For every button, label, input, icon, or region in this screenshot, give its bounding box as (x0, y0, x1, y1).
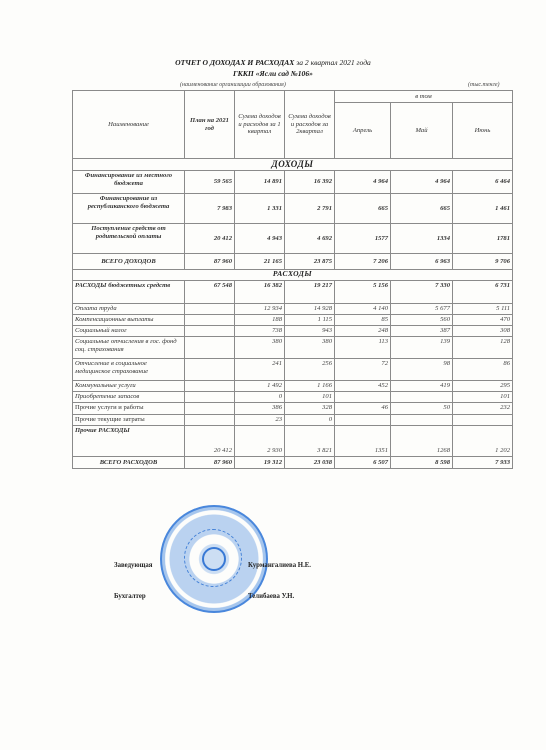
cell-q1: 188 (235, 315, 285, 326)
cell-plan (185, 304, 235, 315)
cell-q2: 16 392 (285, 171, 335, 194)
section-header-row: ДОХОДЫ (73, 159, 513, 171)
cell-plan (185, 403, 235, 415)
cell-may: 419 (391, 381, 453, 392)
cell-q1: 0 (235, 392, 285, 403)
cell-may: 6 963 (391, 254, 453, 270)
table-row: РАСХОДЫ бюджетных средств67 54816 38219 … (73, 281, 513, 304)
cell-plan: 20 412 (185, 224, 235, 254)
cell-may: 4 964 (391, 171, 453, 194)
cell-june: 9 706 (453, 254, 513, 270)
cell-q2: 1 115 (285, 315, 335, 326)
cell-may: 387 (391, 326, 453, 337)
col-header-april: Апрель (335, 103, 391, 159)
table-row: Коммунальные услуги1 4921 166452419295 (73, 381, 513, 392)
cell-plan: 59 565 (185, 171, 235, 194)
table-row: Прочие текущие затраты230 (73, 415, 513, 426)
cell-may: 5 677 (391, 304, 453, 315)
cell-may: 139 (391, 337, 453, 359)
cell-plan (185, 326, 235, 337)
cell-april: 665 (335, 194, 391, 224)
col-header-may: Май (391, 103, 453, 159)
cell-june: 101 (453, 392, 513, 403)
cell-may: 8 598 (391, 457, 453, 469)
cell-may: 560 (391, 315, 453, 326)
cell-may: 1268 (391, 426, 453, 457)
row-name: ВСЕГО РАСХОДОВ (73, 457, 185, 469)
total-row: ВСЕГО РАСХОДОВ87 96019 31223 0386 5078 5… (73, 457, 513, 469)
cell-plan: 67 548 (185, 281, 235, 304)
cell-q2: 256 (285, 359, 335, 381)
cell-june: 6 464 (453, 171, 513, 194)
cell-april: 6 507 (335, 457, 391, 469)
total-row: ВСЕГО ДОХОДОВ87 96021 16523 8757 2066 96… (73, 254, 513, 270)
accountant-title: Бухгалтер (114, 593, 146, 600)
head-name: Курмангалиева Н.Е. (248, 562, 311, 569)
cell-plan: 20 412 (185, 426, 235, 457)
cell-q1: 386 (235, 403, 285, 415)
cell-q2: 101 (285, 392, 335, 403)
cell-june: 470 (453, 315, 513, 326)
cell-may: 7 330 (391, 281, 453, 304)
col-header-plan: План на 2021 год (185, 91, 235, 159)
cell-june: 7 933 (453, 457, 513, 469)
cell-q2: 23 038 (285, 457, 335, 469)
cell-plan (185, 315, 235, 326)
report-title: ОТЧЕТ О ДОХОДАХ И РАСХОДАХ за 2 квартал … (0, 58, 546, 67)
col-header-including: в том (335, 91, 513, 103)
col-header-june: Июнь (453, 103, 513, 159)
section-label: ДОХОДЫ (73, 159, 513, 171)
table-row: Оплата труда12 93414 9284 1405 6775 111 (73, 304, 513, 315)
cell-april: 452 (335, 381, 391, 392)
table-row: Приобретение запасов0101101 (73, 392, 513, 403)
report-table: Наименование План на 2021 год Сумма дохо… (72, 90, 513, 469)
cell-june: 5 111 (453, 304, 513, 315)
head-title: Заведующая (114, 562, 152, 569)
table-row: Социальный налог738943248387308 (73, 326, 513, 337)
cell-plan: 7 983 (185, 194, 235, 224)
cell-june: 295 (453, 381, 513, 392)
row-name: Отчисление в социальное медицинское стра… (73, 359, 185, 381)
table-row: Финансирование из республиканского бюдже… (73, 194, 513, 224)
cell-q1: 19 312 (235, 457, 285, 469)
cell-april: 1351 (335, 426, 391, 457)
cell-q1: 1 492 (235, 381, 285, 392)
cell-plan (185, 415, 235, 426)
cell-june: 308 (453, 326, 513, 337)
units-caption: (тыс.тенге) (468, 82, 500, 88)
row-name: Компенсационные выплаты (73, 315, 185, 326)
report-title-period: за 2 квартал 2021 года (294, 58, 371, 67)
row-name: РАСХОДЫ бюджетных средств (73, 281, 185, 304)
cell-q2: 328 (285, 403, 335, 415)
section-label: РАСХОДЫ (73, 270, 513, 281)
table-row: Прочие услуги и работы3863284650232 (73, 403, 513, 415)
cell-april: 7 206 (335, 254, 391, 270)
cell-may: 1334 (391, 224, 453, 254)
row-name: ВСЕГО ДОХОДОВ (73, 254, 185, 270)
cell-april: 46 (335, 403, 391, 415)
cell-q1: 4 943 (235, 224, 285, 254)
cell-q2: 19 217 (285, 281, 335, 304)
cell-q1: 16 382 (235, 281, 285, 304)
cell-april: 85 (335, 315, 391, 326)
col-header-name: Наименование (73, 91, 185, 159)
cell-q2: 23 875 (285, 254, 335, 270)
accountant-name: Телибаева У.Н. (248, 593, 294, 600)
stamp-emblem-icon (202, 547, 226, 571)
row-name: Поступление средств от родительской опла… (73, 224, 185, 254)
row-name: Финансирование из республиканского бюдже… (73, 194, 185, 224)
cell-april: 72 (335, 359, 391, 381)
cell-june (453, 415, 513, 426)
table-row: Поступление средств от родительской опла… (73, 224, 513, 254)
cell-q2: 943 (285, 326, 335, 337)
cell-june: 1 461 (453, 194, 513, 224)
section-header-row: РАСХОДЫ (73, 270, 513, 281)
cell-q1: 1 331 (235, 194, 285, 224)
cell-april (335, 415, 391, 426)
table-row: Финансирование из местного бюджета59 565… (73, 171, 513, 194)
row-name: Приобретение запасов (73, 392, 185, 403)
cell-q1: 12 934 (235, 304, 285, 315)
cell-june: 86 (453, 359, 513, 381)
table-row: Отчисление в социальное медицинское стра… (73, 359, 513, 381)
organization-caption: (наименование организации образования) (180, 82, 286, 88)
cell-plan: 87 960 (185, 254, 235, 270)
cell-q2: 2 791 (285, 194, 335, 224)
cell-q2: 4 692 (285, 224, 335, 254)
report-title-main: ОТЧЕТ О ДОХОДАХ И РАСХОДАХ (175, 58, 294, 67)
cell-may: 50 (391, 403, 453, 415)
cell-q2: 380 (285, 337, 335, 359)
cell-may: 98 (391, 359, 453, 381)
cell-q1: 21 165 (235, 254, 285, 270)
cell-june: 1781 (453, 224, 513, 254)
cell-april: 4 140 (335, 304, 391, 315)
cell-q2: 1 166 (285, 381, 335, 392)
cell-plan (185, 359, 235, 381)
col-header-q2: Сумма доходов и расходов за 2квартал (285, 91, 335, 159)
cell-april (335, 392, 391, 403)
cell-june: 128 (453, 337, 513, 359)
row-name: Прочие услуги и работы (73, 403, 185, 415)
cell-june: 1 202 (453, 426, 513, 457)
cell-q1: 23 (235, 415, 285, 426)
cell-q1: 380 (235, 337, 285, 359)
cell-june: 232 (453, 403, 513, 415)
cell-q1: 241 (235, 359, 285, 381)
cell-april: 1577 (335, 224, 391, 254)
cell-april: 4 964 (335, 171, 391, 194)
cell-may (391, 415, 453, 426)
row-name: Прочие текущие затраты (73, 415, 185, 426)
row-name: Социальные отчисления в гос. фонд соц. с… (73, 337, 185, 359)
cell-q2: 3 821 (285, 426, 335, 457)
row-name: Коммунальные услуги (73, 381, 185, 392)
table-row: Прочие РАСХОДЫ20 4122 9303 821135112681 … (73, 426, 513, 457)
row-name: Социальный налог (73, 326, 185, 337)
cell-plan (185, 381, 235, 392)
row-name: Финансирование из местного бюджета (73, 171, 185, 194)
cell-q1: 2 930 (235, 426, 285, 457)
cell-plan (185, 392, 235, 403)
cell-may: 665 (391, 194, 453, 224)
col-header-q1: Сумма доходов и расходов за 1 квартал (235, 91, 285, 159)
cell-q1: 738 (235, 326, 285, 337)
cell-plan: 87 960 (185, 457, 235, 469)
row-name: Прочие РАСХОДЫ (73, 426, 185, 457)
cell-may (391, 392, 453, 403)
cell-plan (185, 337, 235, 359)
table-row: Социальные отчисления в гос. фонд соц. с… (73, 337, 513, 359)
organization-name: ГККП «Ясли сад №106» (0, 69, 546, 78)
table-row: Компенсационные выплаты1881 11585560470 (73, 315, 513, 326)
cell-april: 248 (335, 326, 391, 337)
cell-q1: 14 891 (235, 171, 285, 194)
row-name: Оплата труда (73, 304, 185, 315)
cell-april: 113 (335, 337, 391, 359)
cell-june: 6 731 (453, 281, 513, 304)
cell-q2: 14 928 (285, 304, 335, 315)
cell-april: 5 156 (335, 281, 391, 304)
cell-q2: 0 (285, 415, 335, 426)
